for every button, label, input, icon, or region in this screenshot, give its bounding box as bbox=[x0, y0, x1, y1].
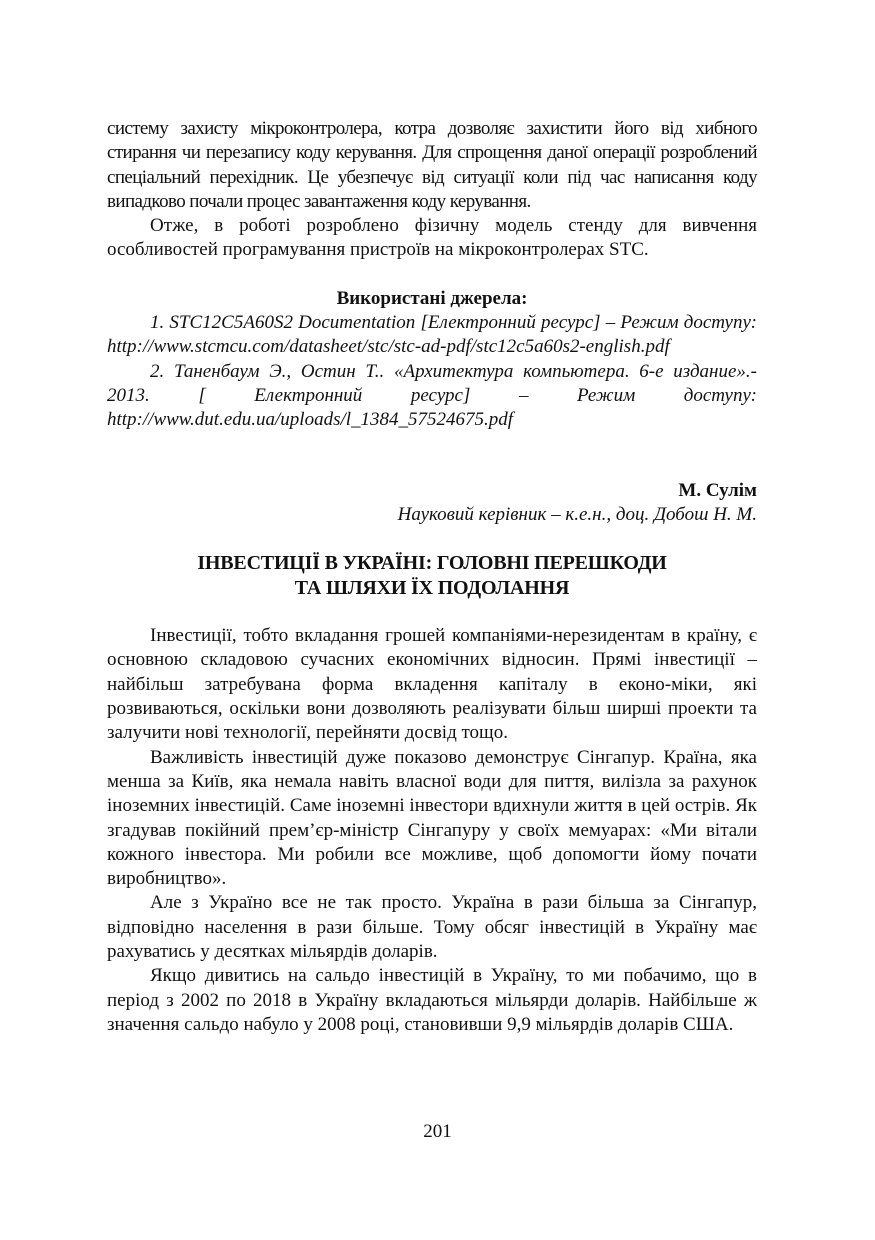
references-heading: Використані джерела: bbox=[107, 287, 757, 311]
body-paragraph: Але з Україно все не так просто. Україна… bbox=[107, 891, 757, 964]
body-paragraph: Якщо дивитись на сальдо інвестицій в Укр… bbox=[107, 964, 757, 1037]
article-body: Інвестиції, тобто вкладання грошей компа… bbox=[107, 624, 757, 1037]
page-number: 201 bbox=[0, 1121, 875, 1143]
body-paragraph: Інвестиції, тобто вкладання грошей компа… bbox=[107, 624, 757, 745]
article-title-line-1: ІНВЕСТИЦІЇ В УКРАЇНІ: ГОЛОВНІ ПЕРЕШКОДИ bbox=[107, 551, 757, 576]
reference-item: 2. Таненбаум Э., Остин Т.. «Архитектура … bbox=[107, 360, 757, 433]
continuation-paragraph: систему захисту мікроконтролера, котра д… bbox=[107, 117, 757, 214]
body-paragraph: Важливість інвестицій дуже показово демо… bbox=[107, 746, 757, 892]
article-title-line-2: ТА ШЛЯХИ ЇХ ПОДОЛАННЯ bbox=[107, 576, 757, 601]
document-page: систему захисту мікроконтролера, котра д… bbox=[107, 117, 757, 1037]
reference-item: 1. STC12C5A60S2 Documentation [Електронн… bbox=[107, 311, 757, 360]
article-author: М. Сулім bbox=[107, 479, 757, 503]
article-supervisor: Науковий керівник – к.е.н., доц. Добош Н… bbox=[107, 503, 757, 527]
conclusion-paragraph: Отже, в роботі розроблено фізичну модель… bbox=[107, 214, 757, 263]
